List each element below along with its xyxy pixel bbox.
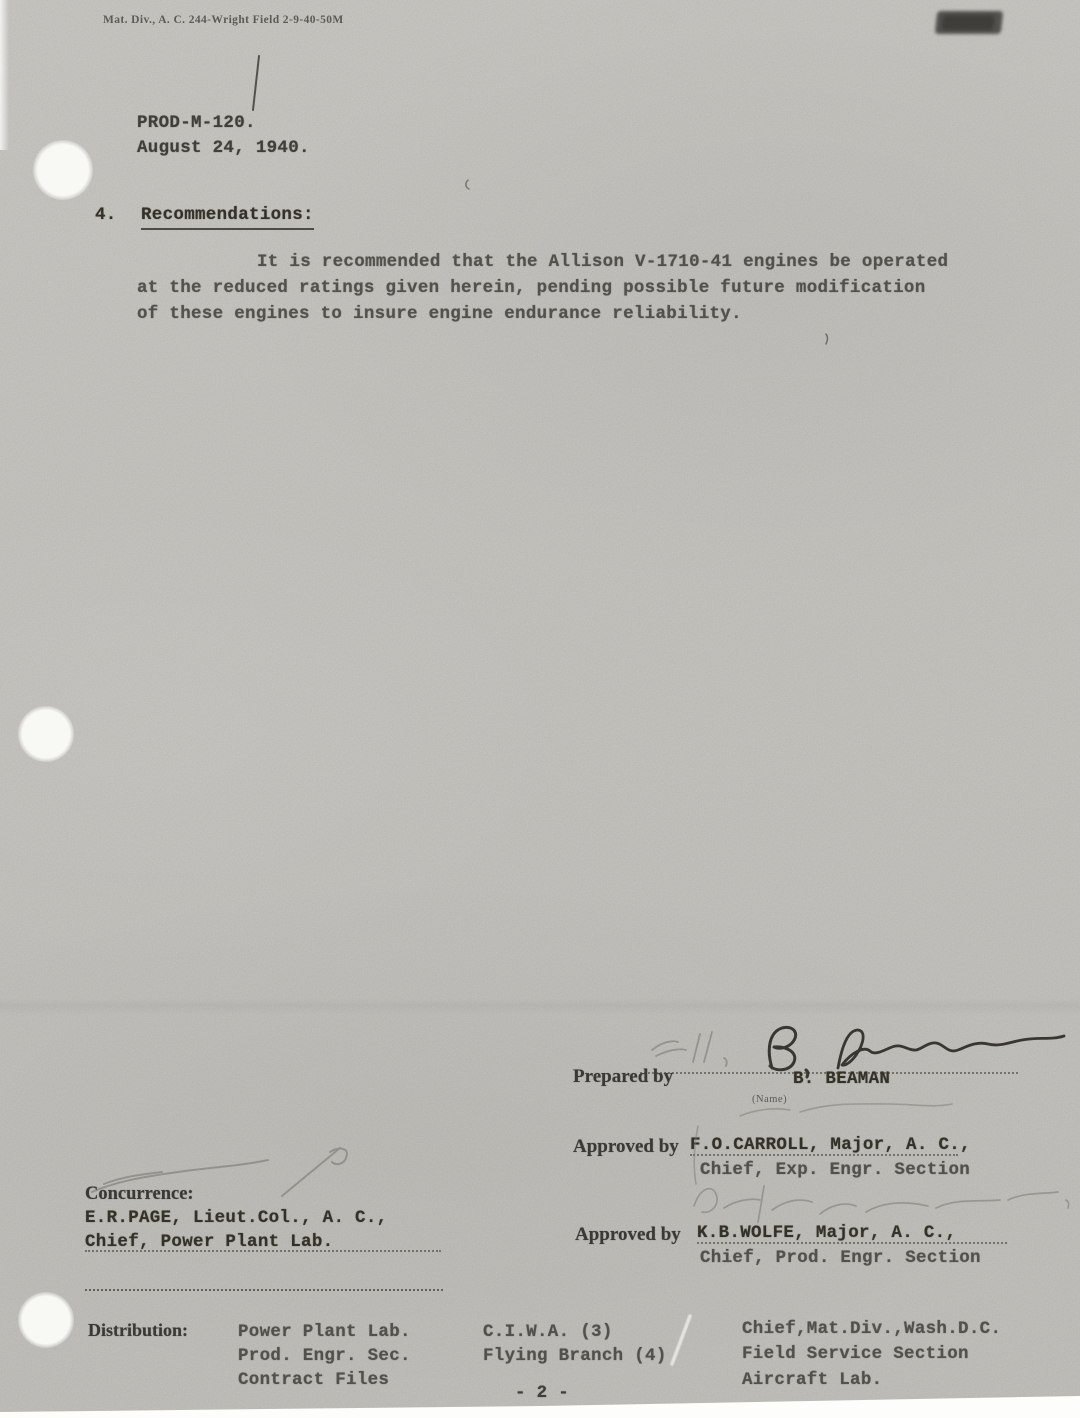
section-title: Recommendations: bbox=[141, 203, 314, 230]
ink-stamp bbox=[935, 11, 1003, 34]
body-line: at the reduced ratings given herein, pen… bbox=[137, 276, 926, 300]
prepared-by-name: B. BEAMAN bbox=[793, 1067, 890, 1091]
distribution-item: Field Service Section bbox=[742, 1342, 969, 1366]
doc-number: PROD-M-120. bbox=[137, 111, 256, 135]
concurrence-label: Concurrence: bbox=[85, 1184, 194, 1205]
section-number: 4. bbox=[95, 203, 117, 227]
distribution-item: C.I.W.A. (3) bbox=[483, 1320, 613, 1344]
approved-by-2-label: Approved by bbox=[575, 1224, 681, 1246]
distribution-label: Distribution: bbox=[88, 1320, 188, 1341]
scan-edge-highlight bbox=[0, 0, 9, 150]
distribution-item: Contract Files bbox=[238, 1368, 389, 1392]
approved-by-2-line bbox=[697, 1242, 1007, 1244]
distribution-item: Power Plant Lab. bbox=[238, 1320, 411, 1344]
scanned-document-page: { "colors": { "paper": "#c8c7c2", "typew… bbox=[0, 0, 1080, 1418]
approved-by-2-title: Chief, Prod. Engr. Section bbox=[700, 1246, 981, 1270]
punch-hole-middle bbox=[18, 706, 74, 762]
name-caption: (Name) bbox=[752, 1094, 787, 1105]
doc-date: August 24, 1940. bbox=[137, 136, 310, 160]
distribution-item: Flying Branch (4) bbox=[483, 1344, 667, 1368]
body-line: It is recommended that the Allison V-171… bbox=[257, 250, 948, 274]
punch-hole-bottom bbox=[18, 1292, 74, 1348]
concurrence-name: E.R.PAGE, Lieut.Col., A. C., bbox=[85, 1206, 387, 1230]
approved-by-1-title: Chief, Exp. Engr. Section bbox=[700, 1158, 970, 1182]
distribution-item: Prod. Engr. Sec. bbox=[238, 1344, 411, 1368]
approved-by-1-line bbox=[690, 1154, 958, 1156]
dotted-separator bbox=[85, 1289, 443, 1291]
body-line: of these engines to insure engine endura… bbox=[137, 302, 742, 326]
approved-by-1-label: Approved by bbox=[573, 1136, 679, 1158]
prepared-by-label: Prepared by bbox=[573, 1066, 673, 1088]
page-number: - 2 - bbox=[515, 1381, 569, 1405]
printer-imprint: Mat. Div., A. C. 244-Wright Field 2-9-40… bbox=[103, 14, 344, 26]
concurrence-line bbox=[85, 1250, 441, 1252]
distribution-item: Aircraft Lab. bbox=[742, 1368, 882, 1392]
punch-hole-top bbox=[33, 140, 93, 200]
distribution-item: Chief,Mat.Div.,Wash.D.C. bbox=[742, 1317, 1001, 1341]
